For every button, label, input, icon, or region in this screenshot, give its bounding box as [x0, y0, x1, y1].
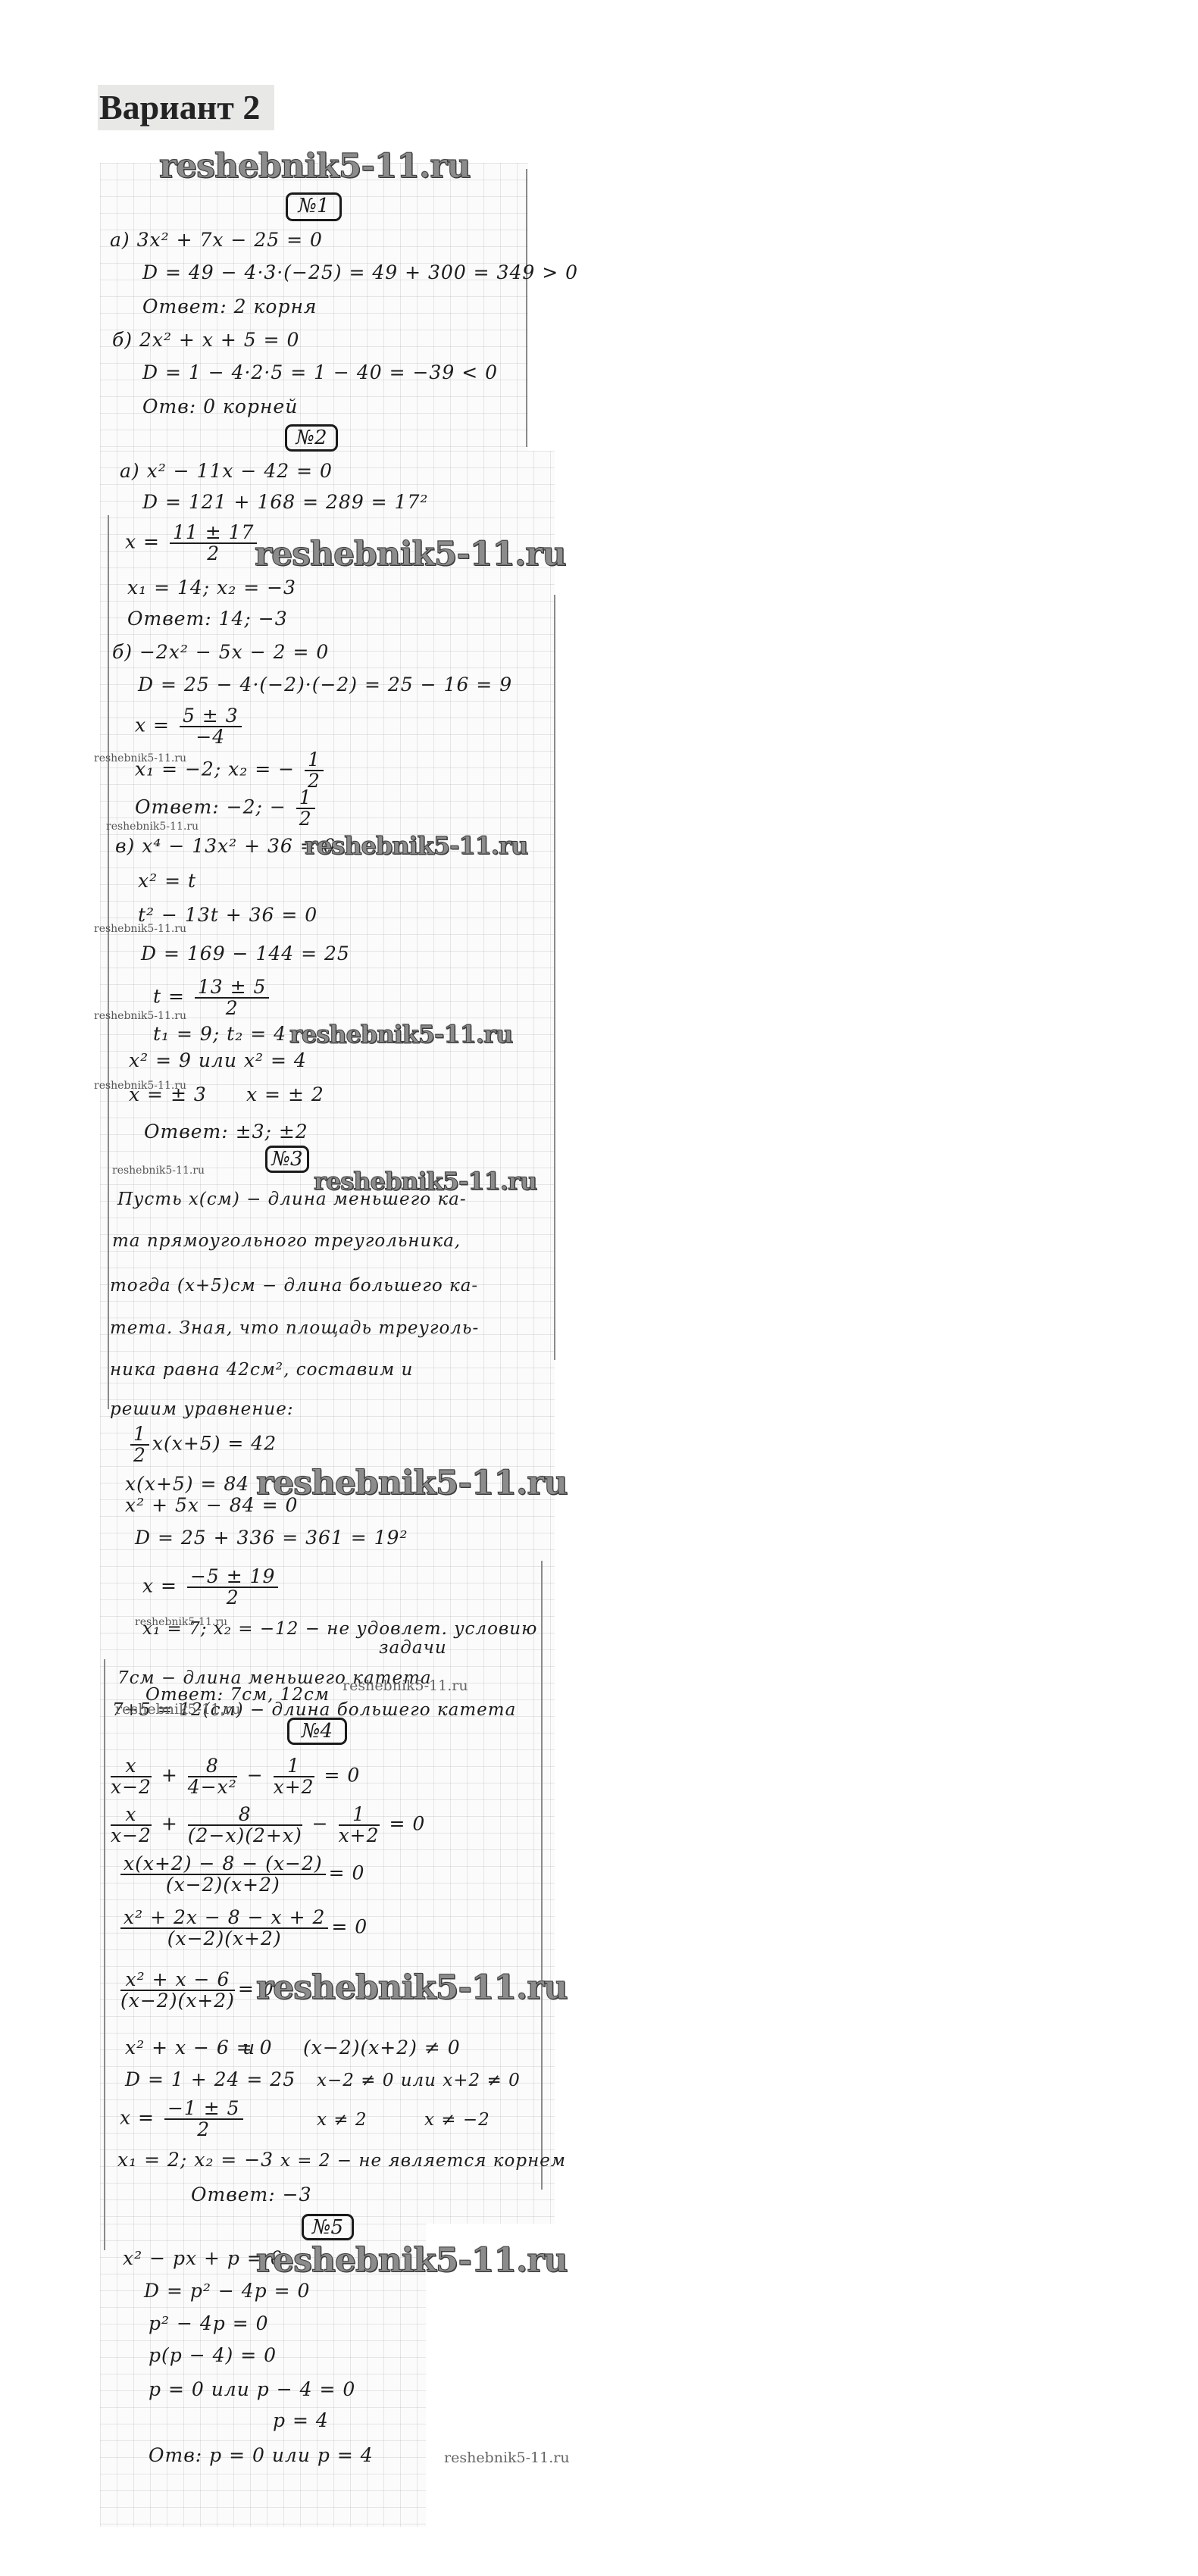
t2-b-equation: б) −2x² − 5x − 2 = 0 — [112, 641, 329, 664]
task-label-3: №3 — [265, 1146, 309, 1173]
operator: + — [155, 1813, 185, 1835]
t4-condition-a: x ≠ 2 — [317, 2109, 368, 2131]
t4-roots: x₁ = 2; x₂ = −3 — [117, 2149, 274, 2171]
t3-text-line: ника равна 42см², составим и — [110, 1358, 413, 1381]
t3-x: x = −5 ± 192 — [142, 1567, 281, 1608]
watermark: reshebnik5-11.ru — [255, 535, 566, 574]
t4-eq1: xx−2 + 84−x² − 1x+2 = 0 — [108, 1756, 360, 1797]
operator: − — [240, 1765, 271, 1787]
fraction: 11 ± 172 — [170, 523, 257, 564]
t2-c-substitution: x² = t — [138, 870, 196, 893]
t2-a-equation: а) x² − 11x − 42 = 0 — [120, 460, 333, 483]
margin-line — [104, 1659, 105, 2250]
margin-line — [541, 1561, 543, 2190]
t2-c-x1: x = ± 3 — [129, 1083, 207, 1106]
t3-text-line: решим уравнение: — [110, 1398, 294, 1421]
t5-line-2: p(p − 4) = 0 — [149, 2344, 277, 2367]
fraction: 1x+2 — [339, 1805, 380, 1846]
fraction: x² + x − 6(x−2)(x+2) — [120, 1970, 235, 2011]
watermark-medium: reshebnik5-11.ru — [343, 1677, 468, 1694]
t2-a-roots: x₁ = 14; x₂ = −3 — [127, 577, 296, 599]
t2-a-x: x = 11 ± 172 — [125, 523, 260, 564]
watermark: reshebnik5-11.ru — [256, 1968, 568, 2007]
watermark-small: reshebnik5-11.ru — [135, 1616, 227, 1628]
t4-x: x = −1 ± 52 — [120, 2099, 246, 2140]
t4-condition-b: x ≠ −2 — [424, 2109, 490, 2131]
t4-condition: x−2 ≠ 0 или x+2 ≠ 0 — [317, 2069, 521, 2092]
t5-answer: Отв: p = 0 или p = 4 — [149, 2444, 374, 2467]
t1-a-equation: а) 3x² + 7x − 25 = 0 — [110, 229, 323, 252]
t2-b-x: x = 5 ± 3−4 — [135, 706, 245, 747]
t2-c-answer: Ответ: ±3; ±2 — [144, 1121, 308, 1143]
task-label-4: №4 — [287, 1718, 347, 1745]
t4-eq3: x(x+2) − 8 − (x−2)(x−2)(x+2)= 0 — [117, 1854, 364, 1895]
t3-text-line: тогда (x+5)см − длина большего ка- — [110, 1274, 478, 1297]
operator: + — [155, 1765, 185, 1787]
t1-a-discriminant: D = 49 − 4·3·(−25) = 49 + 300 = 349 > 0 — [142, 261, 578, 284]
t1-a-answer: Ответ: 2 корня — [142, 295, 317, 318]
t3-text-line: тета. Зная, что площадь треуголь- — [110, 1317, 479, 1340]
watermark-small: reshebnik5-11.ru — [94, 1010, 186, 1022]
watermark: reshebnik5-11.ru — [305, 831, 527, 860]
fraction: 12 — [130, 1424, 149, 1465]
t4-answer: Ответ: −3 — [191, 2184, 311, 2206]
t3-eq3: x² + 5x − 84 = 0 — [125, 1494, 298, 1517]
fraction: xx−2 — [111, 1805, 152, 1846]
page-title: Вариант 2 — [98, 85, 274, 130]
t2-c-discriminant: D = 169 − 144 = 25 — [141, 943, 350, 965]
t2-a-answer: Ответ: 14; −3 — [127, 608, 288, 630]
watermark: reshebnik5-11.ru — [256, 1464, 568, 1502]
t2-a-x-lhs: x = — [125, 531, 160, 553]
t3-text-line: та прямоугольного треугольника, — [112, 1230, 461, 1252]
t2-c-t-roots: t₁ = 9; t₂ = 4 — [153, 1023, 286, 1046]
t4-note: x = 2 − не является корнем — [280, 2149, 566, 2172]
fraction: xx−2 — [111, 1756, 152, 1797]
watermark-small: reshebnik5-11.ru — [112, 1165, 205, 1177]
fraction: 12 — [305, 750, 324, 791]
watermark: reshebnik5-11.ru — [256, 2241, 568, 2280]
t1-b-answer: Отв: 0 корней — [142, 395, 298, 418]
t2-b-roots: x₁ = −2; x₂ = − 12 — [135, 750, 327, 791]
margin-line — [554, 595, 555, 1360]
watermark: reshebnik5-11.ru — [159, 147, 471, 186]
t3-text-line: Пусть x(см) − длина меньшего ка- — [117, 1188, 467, 1211]
t2-c-cases: x² = 9 или x² = 4 — [129, 1049, 307, 1072]
watermark-small: reshebnik5-11.ru — [106, 821, 199, 833]
fraction: 13 ± 52 — [195, 977, 270, 1018]
fraction: −5 ± 192 — [187, 1567, 279, 1608]
task-label-2: №2 — [285, 424, 338, 452]
t3-answer-visible: Ответ: 7см, 12см — [145, 1683, 330, 1706]
fraction: x² + 2x − 8 − x + 2(x−2)(x+2) — [120, 1908, 328, 1949]
watermark: reshebnik5-11.ru — [289, 1020, 512, 1049]
t4-system-right: (x−2)(x+2) ≠ 0 — [303, 2037, 461, 2059]
t1-b-discriminant: D = 1 − 4·2·5 = 1 − 40 = −39 < 0 — [142, 361, 498, 384]
fraction: 84−x² — [188, 1756, 237, 1797]
t3-eq1: 12x(x+5) = 42 — [127, 1424, 277, 1465]
task-label-5: №5 — [302, 2214, 354, 2240]
t1-b-equation: б) 2x² + x + 5 = 0 — [112, 329, 299, 352]
t4-eq5: x² + x − 6(x−2)(x+2)= 0 — [117, 1970, 274, 2011]
operator: = 0 — [383, 1813, 426, 1835]
t4-eq4: x² + 2x − 8 − x + 2(x−2)(x+2)= 0 — [117, 1908, 368, 1949]
fraction: −1 ± 52 — [164, 2099, 243, 2140]
watermark-medium: reshebnik5-11.ru — [444, 2449, 570, 2466]
t5-line-4: p = 4 — [273, 2409, 329, 2432]
fraction: x(x+2) − 8 − (x−2)(x−2)(x+2) — [120, 1854, 326, 1895]
operator: = 0 — [317, 1765, 361, 1787]
t4-discriminant: D = 1 + 24 = 25 — [125, 2068, 296, 2091]
fraction: 5 ± 3−4 — [180, 706, 242, 747]
fraction: 12 — [296, 788, 315, 829]
margin-line — [526, 169, 527, 447]
t2-c-equation: в) x⁴ − 13x² + 36 = 0 — [115, 835, 336, 858]
t4-system-and: и — [242, 2037, 255, 2059]
operator: − — [305, 1813, 336, 1835]
task-label-1: №1 — [286, 192, 342, 221]
t3-discriminant: D = 25 + 336 = 361 = 19² — [135, 1527, 408, 1549]
t3-roots-cont: задачи — [379, 1637, 447, 1659]
t5-line-3: p = 0 или p − 4 = 0 — [149, 2378, 355, 2401]
t4-eq2: xx−2 + 8(2−x)(2+x) − 1x+2 = 0 — [108, 1805, 425, 1846]
watermark-small: reshebnik5-11.ru — [94, 923, 186, 935]
fraction: 8(2−x)(2+x) — [188, 1805, 302, 1846]
t5-line-1: p² − 4p = 0 — [149, 2312, 269, 2335]
t2-a-discriminant: D = 121 + 168 = 289 = 17² — [142, 491, 428, 514]
margin-line — [108, 515, 109, 1409]
fraction: 1x+2 — [274, 1756, 314, 1797]
t5-discriminant: D = p² − 4p = 0 — [144, 2280, 310, 2302]
t2-c-x2: x = ± 2 — [246, 1083, 324, 1106]
t3-eq2: x(x+5) = 84 — [125, 1473, 249, 1496]
t2-b-discriminant: D = 25 − 4·(−2)·(−2) = 25 − 16 = 9 — [138, 674, 512, 696]
